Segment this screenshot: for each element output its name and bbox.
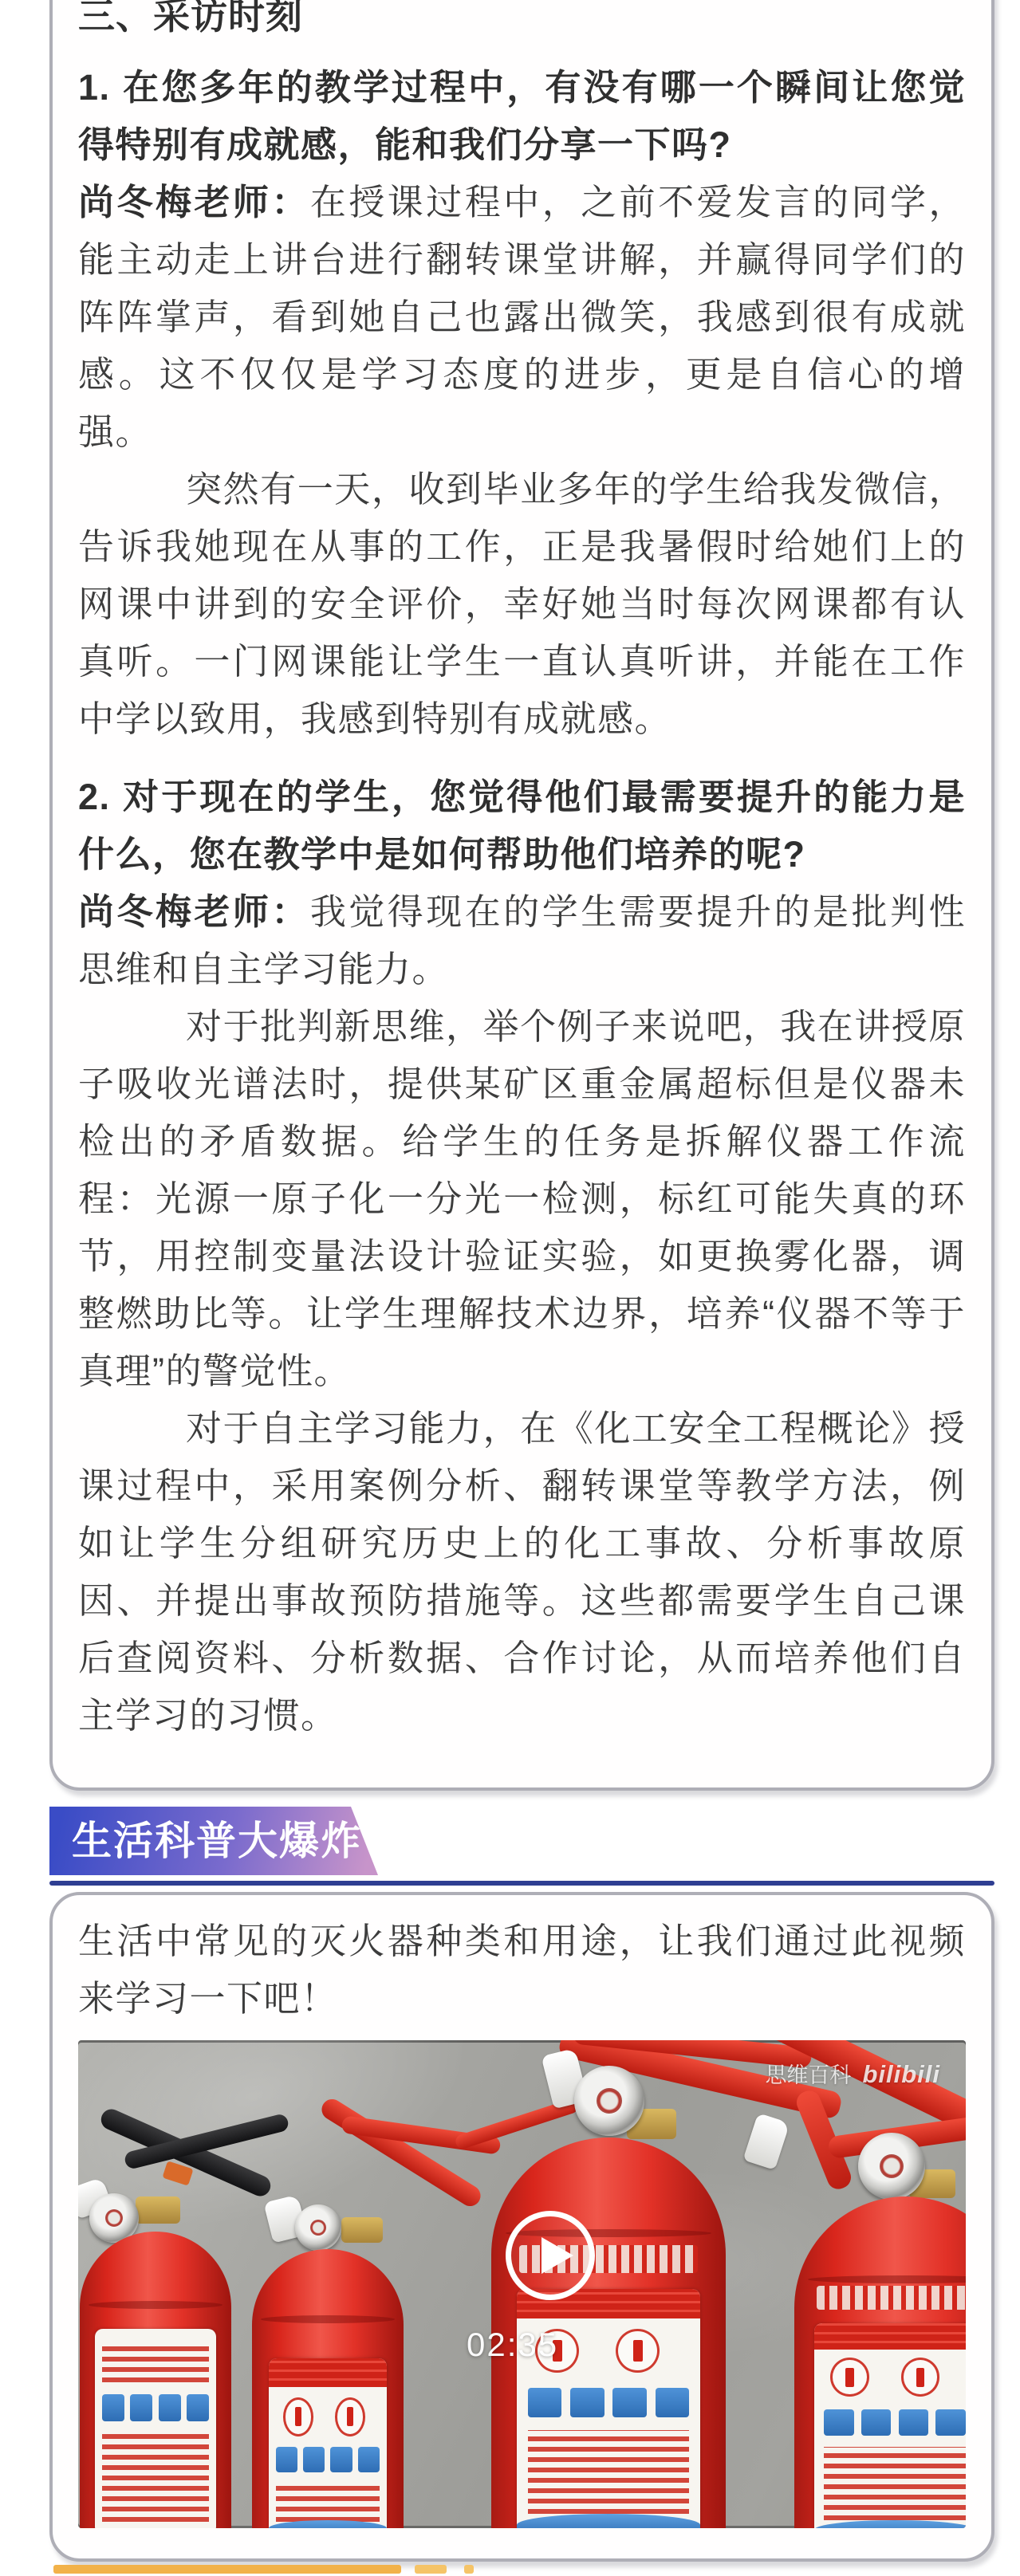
video-player[interactable]: 思维百科 bilibili 02:35 [78,2040,966,2528]
video-intro-text: 生活中常见的灭火器种类和用途，让我们通过此视频来学习一下吧！ [78,1913,966,2027]
video-card: 生活中常见的灭火器种类和用途，让我们通过此视频来学习一下吧！ [49,1892,994,2562]
next-section-banner-fragment [49,2565,994,2576]
answer-2-example-critical-thinking: 对于批判新思维，举个例子来说吧，我在讲授原子吸收光谱法时，提供某矿区重金属超标但… [78,998,966,1400]
answer-2: 尚冬梅老师：我觉得现在的学生需要提升的是批判性思维和自主学习能力。 [78,883,966,998]
section-banner-life-science: 生活科普大爆炸 [49,1807,378,1875]
extinguisher-nozzle [742,2113,790,2170]
play-button[interactable] [506,2211,595,2300]
watermark-channel: 思维百科 [765,2058,851,2089]
speaker-name: 尚冬梅老师： [78,182,310,222]
pressure-gauge [858,2133,925,2200]
speaker-name: 尚冬梅老师： [78,891,310,932]
banner-underline [49,1881,994,1886]
question-2: 2. 对于现在的学生，您觉得他们最需要提升的能力是什么，您在教学中是如何帮助他们… [78,769,966,883]
answer-1-continued: 突然有一天，收到毕业多年的学生给我发微信，告诉我她现在从事的工作，正是我暑假时给… [78,461,966,748]
video-watermark: 思维百科 bilibili [765,2058,940,2089]
tank-title-band [817,2286,966,2310]
bilibili-logo: bilibili [862,2060,940,2089]
extinguisher-label [814,2323,966,2528]
article-body: 三、采访时刻 1. 在您多年的教学过程中，有没有哪一个瞬间让您觉得特别有成就感，… [49,0,994,2576]
section-title: 三、采访时刻 [78,0,966,41]
banner-title: 生活科普大爆炸 [72,1819,362,1863]
interview-card: 三、采访时刻 1. 在您多年的教学过程中，有没有哪一个瞬间让您觉得特别有成就感，… [49,0,994,1791]
question-1: 1. 在您多年的教学过程中，有没有哪一个瞬间让您觉得特别有成就感，能和我们分享一… [78,59,966,174]
answer-1: 尚冬梅老师：在授课过程中，之前不爱发言的同学，能主动走上讲台进行翻转课堂讲解，并… [78,174,966,461]
extinguisher-tank [794,2196,966,2528]
play-icon [542,2237,573,2274]
answer-2-example-self-learning: 对于自主学习能力，在《化工安全工程概论》授课过程中，采用案例分析、翻转课堂等教学… [78,1400,966,1744]
video-duration: 02:35 [467,2326,558,2364]
